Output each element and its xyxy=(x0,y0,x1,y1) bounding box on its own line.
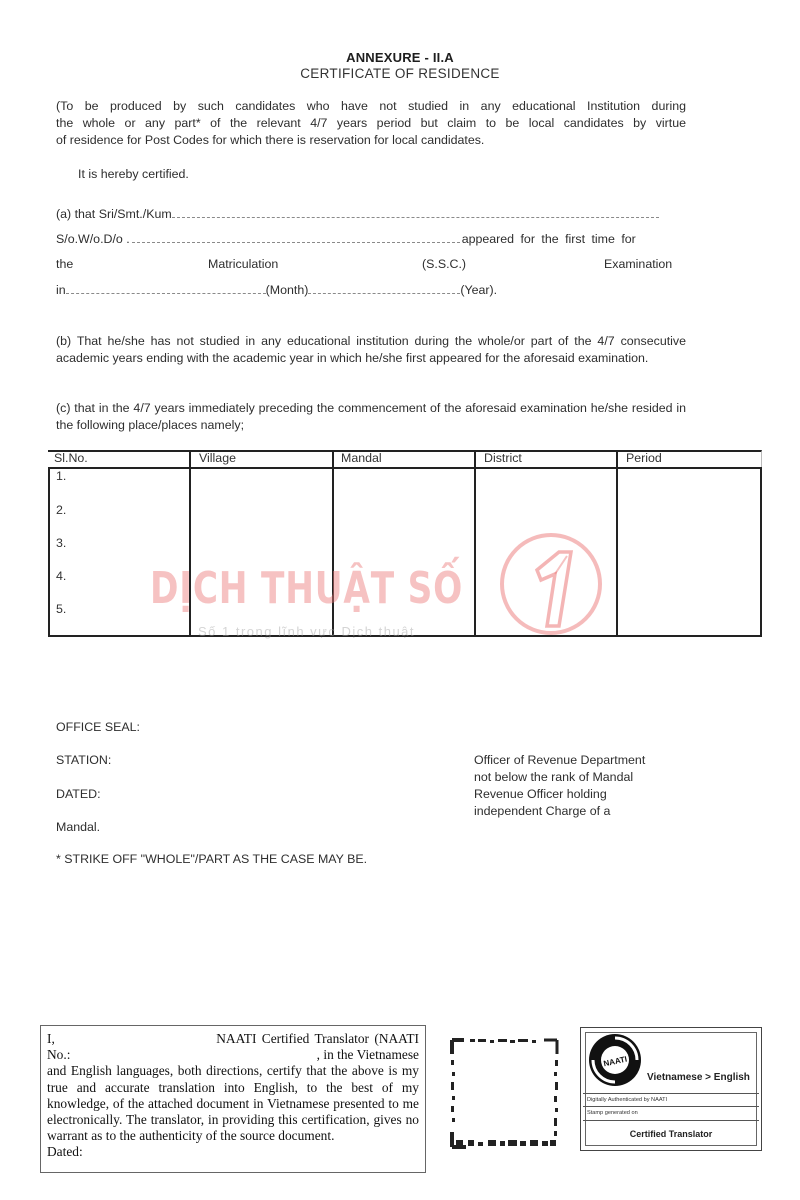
examination-word: Examination xyxy=(604,257,672,271)
column-divider xyxy=(474,450,476,636)
naati-no-label: No.: xyxy=(47,1047,70,1063)
translator-line-1: I, NAATI Certified Translator (NAATI xyxy=(47,1031,419,1047)
clause-a-line-2: S/o.W/o.D/o . appeared for the first tim… xyxy=(56,232,686,246)
officer-line-2: not below the rank of Mandal xyxy=(474,769,645,786)
translator-dated: Dated: xyxy=(47,1144,419,1160)
column-header-mandal: Mandal xyxy=(341,451,382,465)
officer-designation: Officer of Revenue Department not below … xyxy=(474,752,645,820)
watermark-text: DỊCH THUẬT SỐ xyxy=(150,563,463,614)
intro-line-2: the whole or any part* of the relevant 4… xyxy=(56,115,686,132)
naati-stamp: NAATI Vietnamese > English Digitally Aut… xyxy=(580,1027,762,1151)
translator-certification-box: I, NAATI Certified Translator (NAATI No.… xyxy=(40,1025,426,1173)
certificate-title: CERTIFICATE OF RESIDENCE xyxy=(0,66,800,81)
mandal-label: Mandal. xyxy=(56,820,100,834)
ssc-word: (S.S.C.) xyxy=(422,257,466,271)
year-label: (Year). xyxy=(460,283,497,297)
stamp-divider xyxy=(583,1120,759,1121)
column-header-slno: Sl.No. xyxy=(54,451,88,465)
clause-a-name-label: (a) that Sri/Smt./Kum xyxy=(56,207,172,221)
qr-code-icon xyxy=(448,1036,561,1151)
office-seal-label: OFFICE SEAL: xyxy=(56,720,140,734)
table-row-4-slno: 4. xyxy=(56,569,66,583)
intro-paragraph: (To be produced by such candidates who h… xyxy=(56,98,686,149)
column-header-period: Period xyxy=(626,451,662,465)
clause-b: (b) That he/she has not studied in any e… xyxy=(56,333,686,367)
officer-line-4: independent Charge of a xyxy=(474,803,645,820)
language-pair: Vietnamese > English xyxy=(647,1072,750,1083)
stamp-generated-text: Stamp generated on xyxy=(587,1110,755,1116)
clause-a-line-1: (a) that Sri/Smt./Kum xyxy=(56,207,686,221)
officer-line-3: Revenue Officer holding xyxy=(474,786,645,803)
translator-certification-body: and English languages, both directions, … xyxy=(47,1063,419,1144)
name-blank-field[interactable] xyxy=(172,207,659,218)
intro-line-1: (To be produced by such candidates who h… xyxy=(56,98,686,115)
dated-label: DATED: xyxy=(56,787,101,801)
naati-certified-text: NAATI Certified Translator (NAATI xyxy=(216,1031,419,1047)
officer-line-1: Officer of Revenue Department xyxy=(474,752,645,769)
strike-off-footnote: * STRIKE OFF "WHOLE"/PART AS THE CASE MA… xyxy=(56,852,367,866)
column-header-village: Village xyxy=(199,451,236,465)
station-label: STATION: xyxy=(56,753,111,767)
naati-logo-icon: NAATI xyxy=(587,1032,643,1088)
column-header-district: District xyxy=(484,451,522,465)
stamp-divider xyxy=(583,1093,759,1094)
in-word: in xyxy=(56,283,66,297)
the-word: the xyxy=(56,257,73,271)
table-row-1-slno: 1. xyxy=(56,469,66,483)
relation-label: S/o.W/o.D/o . xyxy=(56,232,130,246)
language-text: , in the Vietnamese xyxy=(317,1047,419,1063)
clause-c: (c) that in the 4/7 years immediately pr… xyxy=(56,400,686,434)
translator-i: I, xyxy=(47,1031,55,1047)
certified-statement: It is hereby certified. xyxy=(78,167,189,181)
year-blank-field[interactable] xyxy=(308,283,460,294)
stamp-divider xyxy=(583,1106,759,1107)
digitally-authenticated-text: Digitally Authenticated by NAATI xyxy=(587,1097,755,1103)
translator-line-2: No.: , in the Vietnamese xyxy=(47,1047,419,1063)
month-blank-field[interactable] xyxy=(66,283,266,294)
column-divider xyxy=(616,450,618,636)
table-row-2-slno: 2. xyxy=(56,503,66,517)
table-row-5-slno: 5. xyxy=(56,602,66,616)
parent-name-blank-field[interactable] xyxy=(132,232,460,243)
certified-translator-title: Certified Translator xyxy=(581,1129,761,1139)
table-row-3-slno: 3. xyxy=(56,536,66,550)
watermark-logo-icon xyxy=(497,530,605,638)
clause-a-line-4: in(Month)(Year). xyxy=(56,283,497,297)
watermark-tagline: Số 1 trong lĩnh vực Dịch thuật xyxy=(198,624,415,639)
annexure-heading: ANNEXURE - II.A xyxy=(0,50,800,65)
month-label: (Month) xyxy=(266,283,309,297)
matriculation-word: Matriculation xyxy=(208,257,278,271)
appeared-text: appeared for the first time for xyxy=(462,232,636,246)
intro-line-3: of residence for Post Codes for which th… xyxy=(56,132,686,149)
